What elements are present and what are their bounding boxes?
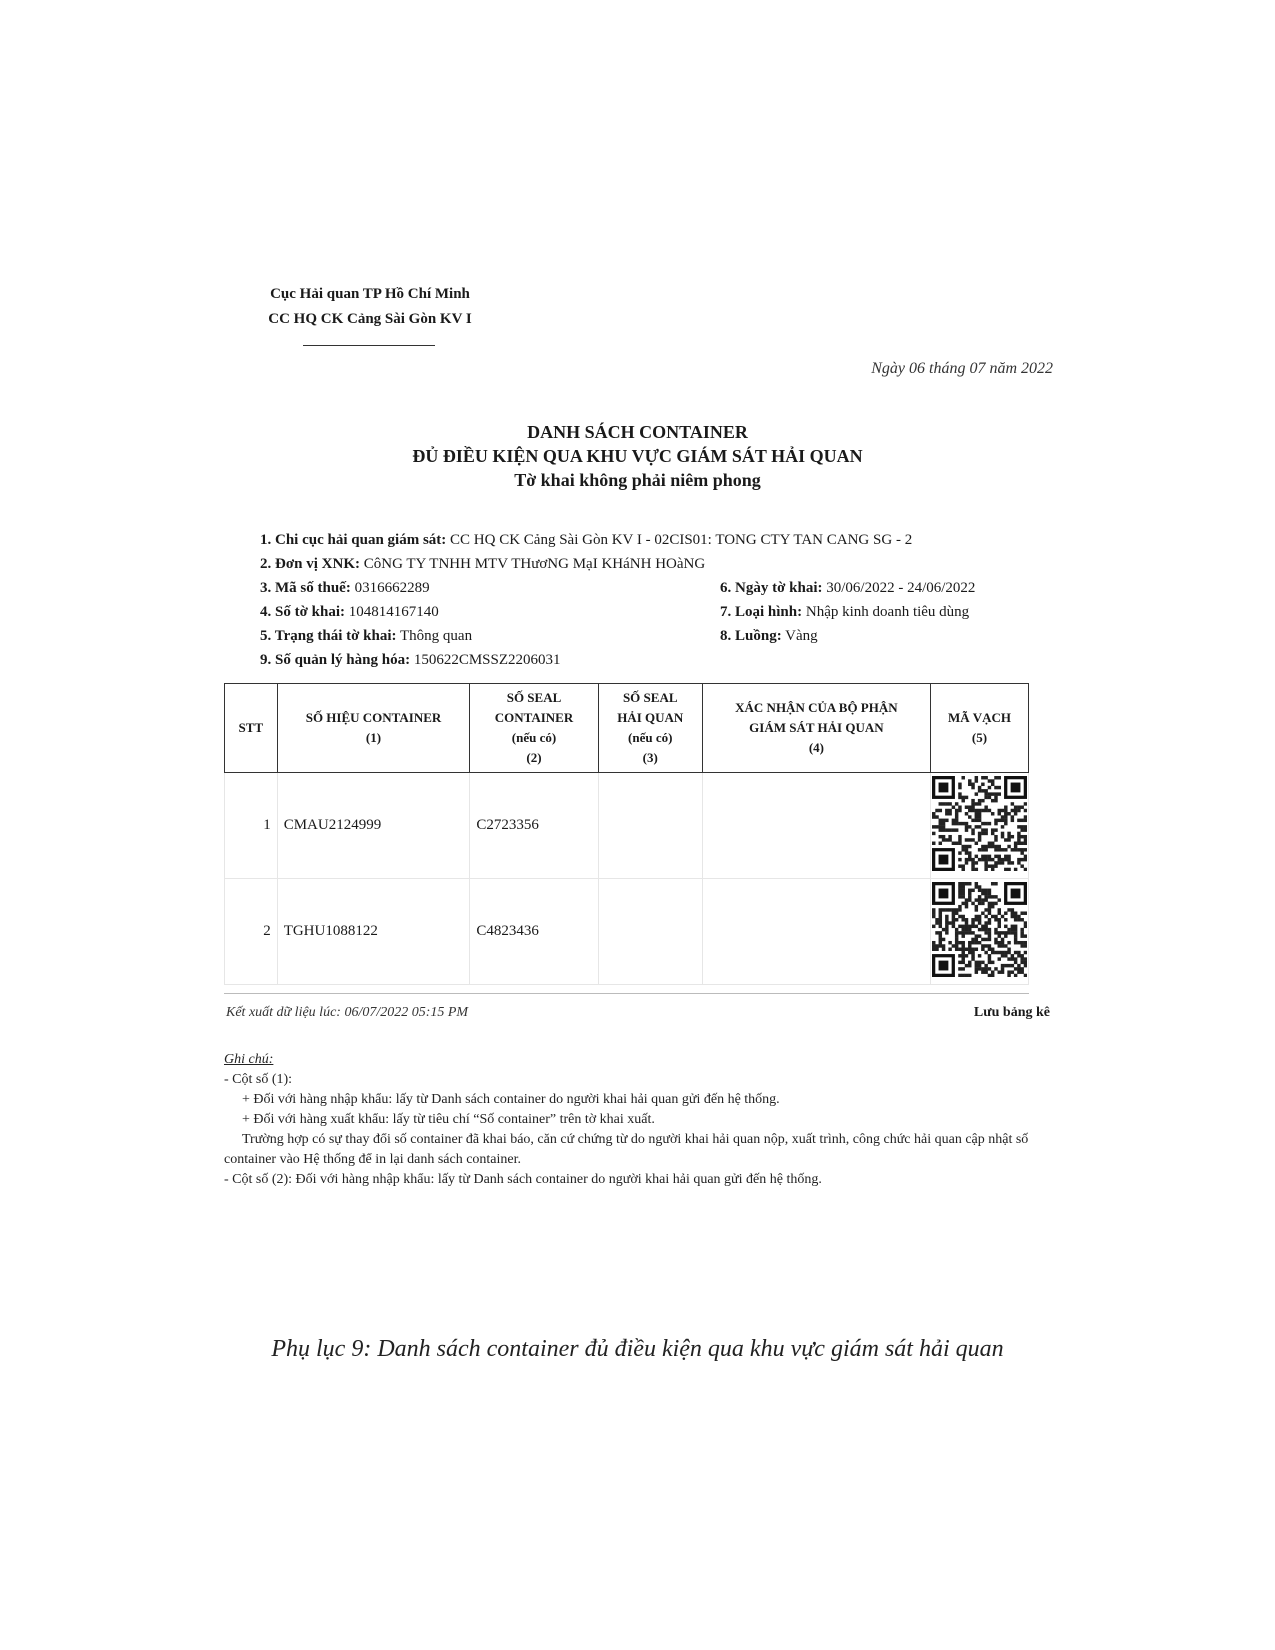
row-container-number: TGHU1088122: [277, 879, 470, 985]
row-container-seal: C2723356: [470, 773, 598, 879]
header-divider: [303, 345, 435, 346]
title-line-2: ĐỦ ĐIỀU KIỆN QUA KHU VỰC GIÁM SÁT HẢI QU…: [0, 444, 1275, 468]
note-line: + Đối với hàng nhập khẩu: lấy từ Danh sá…: [224, 1090, 1054, 1110]
notes-section: Ghi chú: - Cột số (1): + Đối với hàng nh…: [224, 1050, 1054, 1190]
row-barcode: [931, 879, 1029, 985]
field-customs-office: 1. Chi cục hải quan giám sát: CC HQ CK C…: [260, 528, 912, 552]
field-type: 7. Loại hình: Nhập kinh doanh tiêu dùng: [720, 600, 975, 624]
qr-code-icon: [932, 776, 1027, 871]
header-container-number: SỐ HIỆU CONTAINER(1): [277, 684, 470, 773]
notes-heading: Ghi chú:: [224, 1050, 1054, 1070]
qr-code-icon: [932, 882, 1027, 977]
document-title: DANH SÁCH CONTAINER ĐỦ ĐIỀU KIỆN QUA KHU…: [0, 420, 1275, 492]
field-channel: 8. Luồng: Vàng: [720, 624, 975, 648]
header-container-seal: SỐ SEALCONTAINER(nếu có)(2): [470, 684, 598, 773]
row-stt: 1: [225, 773, 278, 879]
note-line: + Đối với hàng xuất khẩu: lấy từ tiêu ch…: [224, 1110, 1054, 1130]
note-line: - Cột số (1):: [224, 1070, 1054, 1090]
table-header-row: STT SỐ HIỆU CONTAINER(1) SỐ SEALCONTAINE…: [225, 684, 1029, 773]
note-line: - Cột số (2): Đối với hàng nhập khẩu: lấ…: [224, 1170, 1054, 1190]
row-stt: 2: [225, 879, 278, 985]
save-list-link[interactable]: Lưu bảng kê: [974, 1005, 1050, 1021]
header-customs-seal: SỐ SEALHẢI QUAN(nếu có)(3): [598, 684, 702, 773]
branch-name: CC HQ CK Cảng Sài Gòn KV I: [250, 307, 490, 332]
row-barcode: [931, 773, 1029, 879]
row-customs-seal: [598, 879, 702, 985]
table-row: 2 TGHU1088122 C4823436: [225, 879, 1029, 985]
title-line-3: Tờ khai không phải niêm phong: [0, 468, 1275, 492]
header-confirmation: XÁC NHẬN CỦA BỘ PHẬNGIÁM SÁT HẢI QUAN(4): [702, 684, 930, 773]
table-row: 1 CMAU2124999 C2723356: [225, 773, 1029, 879]
header-stt: STT: [225, 684, 278, 773]
note-line: Trường hợp có sự thay đổi số container đ…: [224, 1130, 1054, 1170]
row-customs-seal: [598, 773, 702, 879]
agency-name: Cục Hải quan TP Hồ Chí Minh: [250, 282, 490, 307]
declaration-fields-right: 6. Ngày tờ khai: 30/06/2022 - 24/06/2022…: [720, 576, 975, 648]
field-goods-management-number: 9. Số quản lý hàng hóa: 150622CMSSZ22060…: [260, 648, 912, 672]
row-container-seal: C4823436: [470, 879, 598, 985]
title-line-1: DANH SÁCH CONTAINER: [0, 420, 1275, 444]
row-confirmation: [702, 773, 930, 879]
container-table: STT SỐ HIỆU CONTAINER(1) SỐ SEALCONTAINE…: [224, 683, 1029, 985]
row-confirmation: [702, 879, 930, 985]
figure-caption: Phụ lục 9: Danh sách container đủ điều k…: [0, 1336, 1275, 1363]
export-timestamp: Kết xuất dữ liệu lúc: 06/07/2022 05:15 P…: [226, 1005, 468, 1021]
field-company: 2. Đơn vị XNK: CôNG TY TNHH MTV THươNG M…: [260, 552, 912, 576]
row-container-number: CMAU2124999: [277, 773, 470, 879]
header-barcode: MÃ VẠCH(5): [931, 684, 1029, 773]
field-declaration-date: 6. Ngày tờ khai: 30/06/2022 - 24/06/2022: [720, 576, 975, 600]
agency-header: Cục Hải quan TP Hồ Chí Minh CC HQ CK Cản…: [250, 282, 490, 332]
document-date: Ngày 06 tháng 07 năm 2022: [871, 360, 1053, 378]
table-bottom-divider: [224, 993, 1029, 994]
